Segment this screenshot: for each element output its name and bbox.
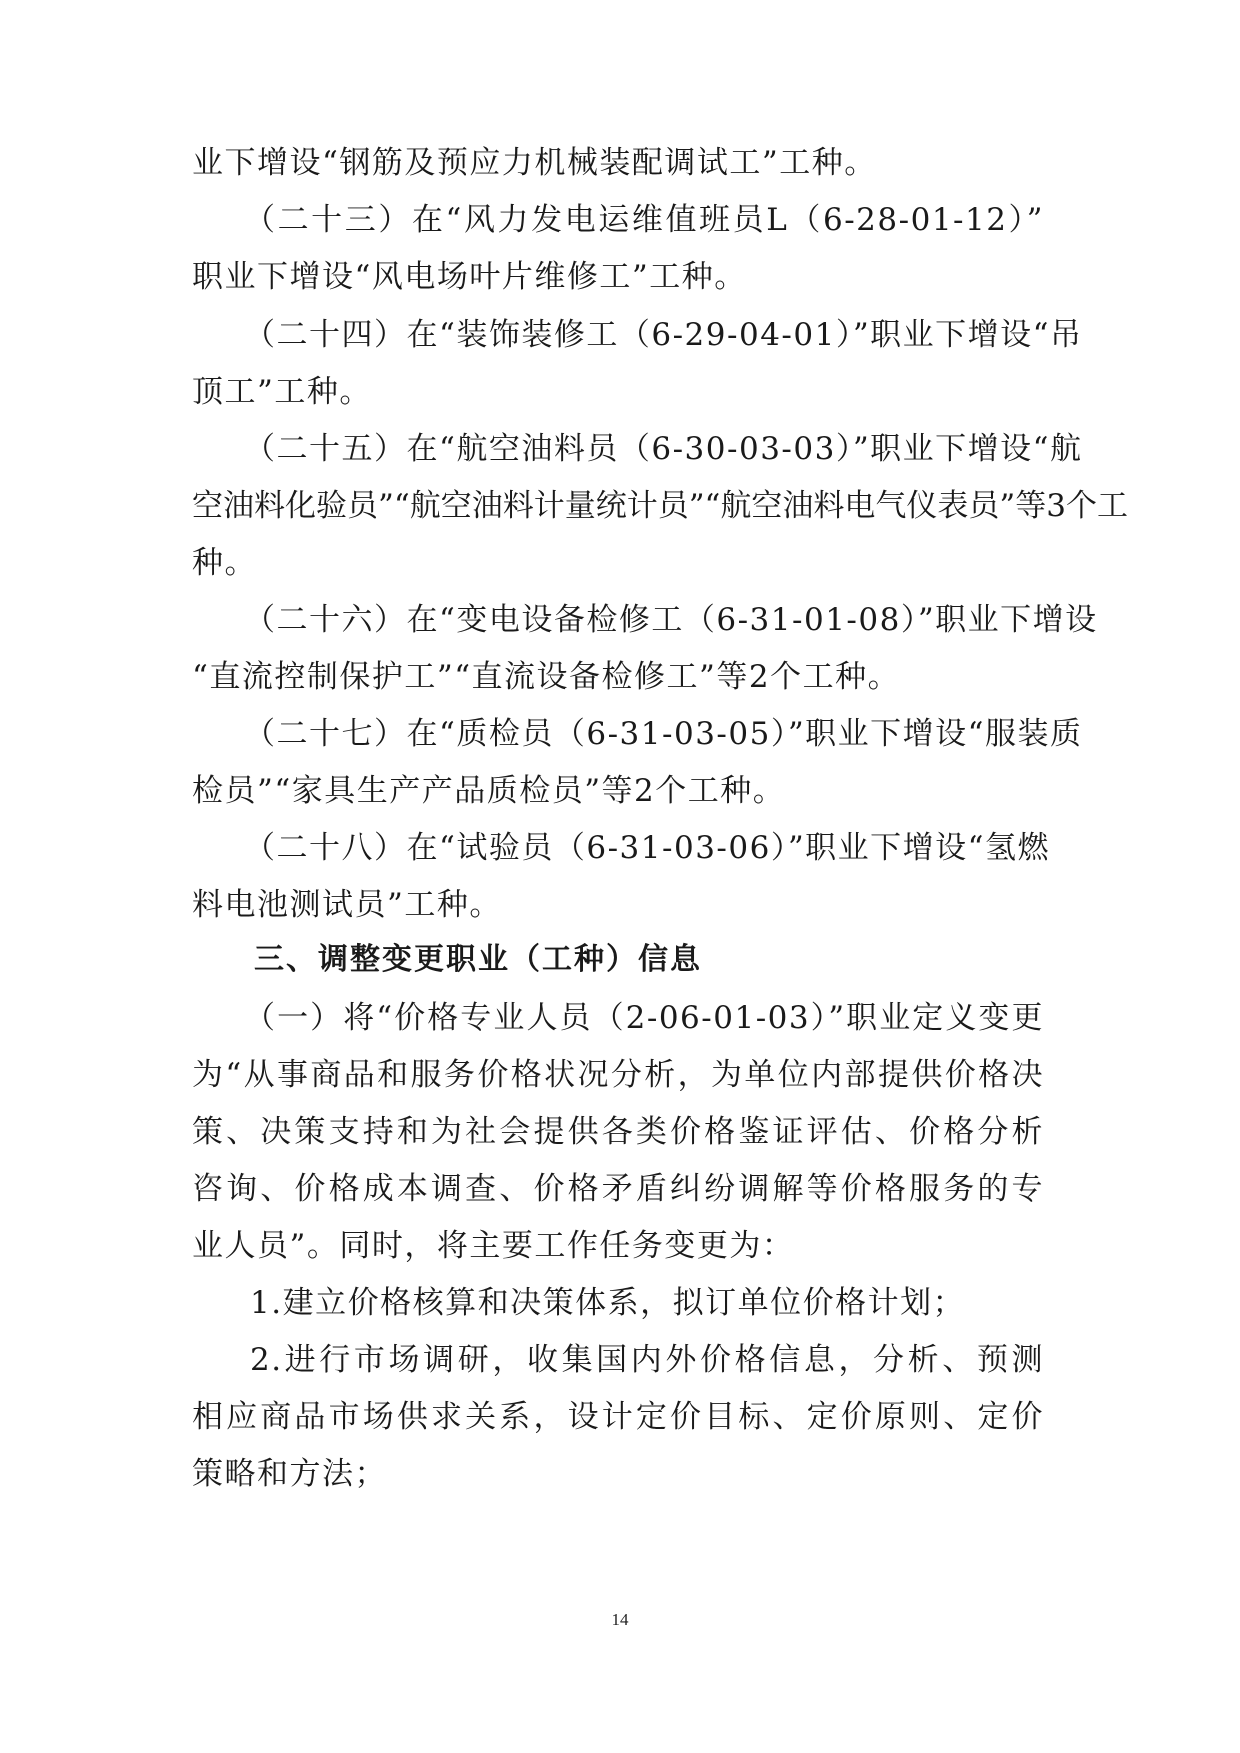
text-line: 咨询、价格成本调查、价格矛盾纠纷调解等价格服务的专 bbox=[192, 1169, 1044, 1209]
text-line: （二十五）在“航空油料员（6-30-03-03）”职业下增设“航 bbox=[244, 429, 1044, 469]
text-line: （二十四）在“装饰装修工（6-29-04-01）”职业下增设“吊 bbox=[244, 315, 1044, 355]
list-item: 2.进行市场调研，收集国内外价格信息，分析、预测 bbox=[250, 1340, 1044, 1380]
text-line: 业下增设“钢筋及预应力机械装配调试工”工种。 bbox=[192, 143, 1044, 183]
text-line: 相应商品市场供求关系，设计定价目标、定价原则、定价 bbox=[192, 1397, 1044, 1437]
text-line: “直流控制保护工”“直流设备检修工”等2个工种。 bbox=[192, 657, 1044, 697]
list-item: 1.建立价格核算和决策体系，拟订单位价格计划； bbox=[250, 1283, 1044, 1323]
page-number: 14 bbox=[0, 1610, 1240, 1630]
text-line: 料电池测试员”工种。 bbox=[192, 885, 1044, 925]
text-line: 空油料化验员”“航空油料计量统计员”“航空油料电气仪表员”等3个工 bbox=[192, 486, 1044, 526]
text-line: （一）将“价格专业人员（2-06-01-03）”职业定义变更 bbox=[244, 998, 1044, 1038]
section-heading: 三、调整变更职业（工种）信息 bbox=[254, 940, 702, 980]
text-line: 为“从事商品和服务价格状况分析，为单位内部提供价格决 bbox=[192, 1055, 1044, 1095]
text-line: （二十七）在“质检员（6-31-03-05）”职业下增设“服装质 bbox=[244, 714, 1044, 754]
text-line: （二十六）在“变电设备检修工（6-31-01-08）”职业下增设 bbox=[244, 600, 1044, 640]
text-line: 检员”“家具生产产品质检员”等2个工种。 bbox=[192, 771, 1044, 811]
text-line: 策、决策支持和为社会提供各类价格鉴证评估、价格分析 bbox=[192, 1112, 1044, 1152]
text-line: 顶工”工种。 bbox=[192, 372, 1044, 412]
document-page: 业下增设“钢筋及预应力机械装配调试工”工种。 （二十三）在“风力发电运维值班员L… bbox=[0, 0, 1240, 1753]
text-line: 种。 bbox=[192, 543, 1044, 583]
text-line: （二十三）在“风力发电运维值班员L（6-28-01-12）” bbox=[244, 200, 1044, 240]
text-line: 职业下增设“风电场叶片维修工”工种。 bbox=[192, 257, 1044, 297]
text-line: （二十八）在“试验员（6-31-03-06）”职业下增设“氢燃 bbox=[244, 828, 1044, 868]
text-line: 策略和方法； bbox=[192, 1454, 1044, 1494]
text-line: 业人员”。同时，将主要工作任务变更为： bbox=[192, 1226, 1044, 1266]
